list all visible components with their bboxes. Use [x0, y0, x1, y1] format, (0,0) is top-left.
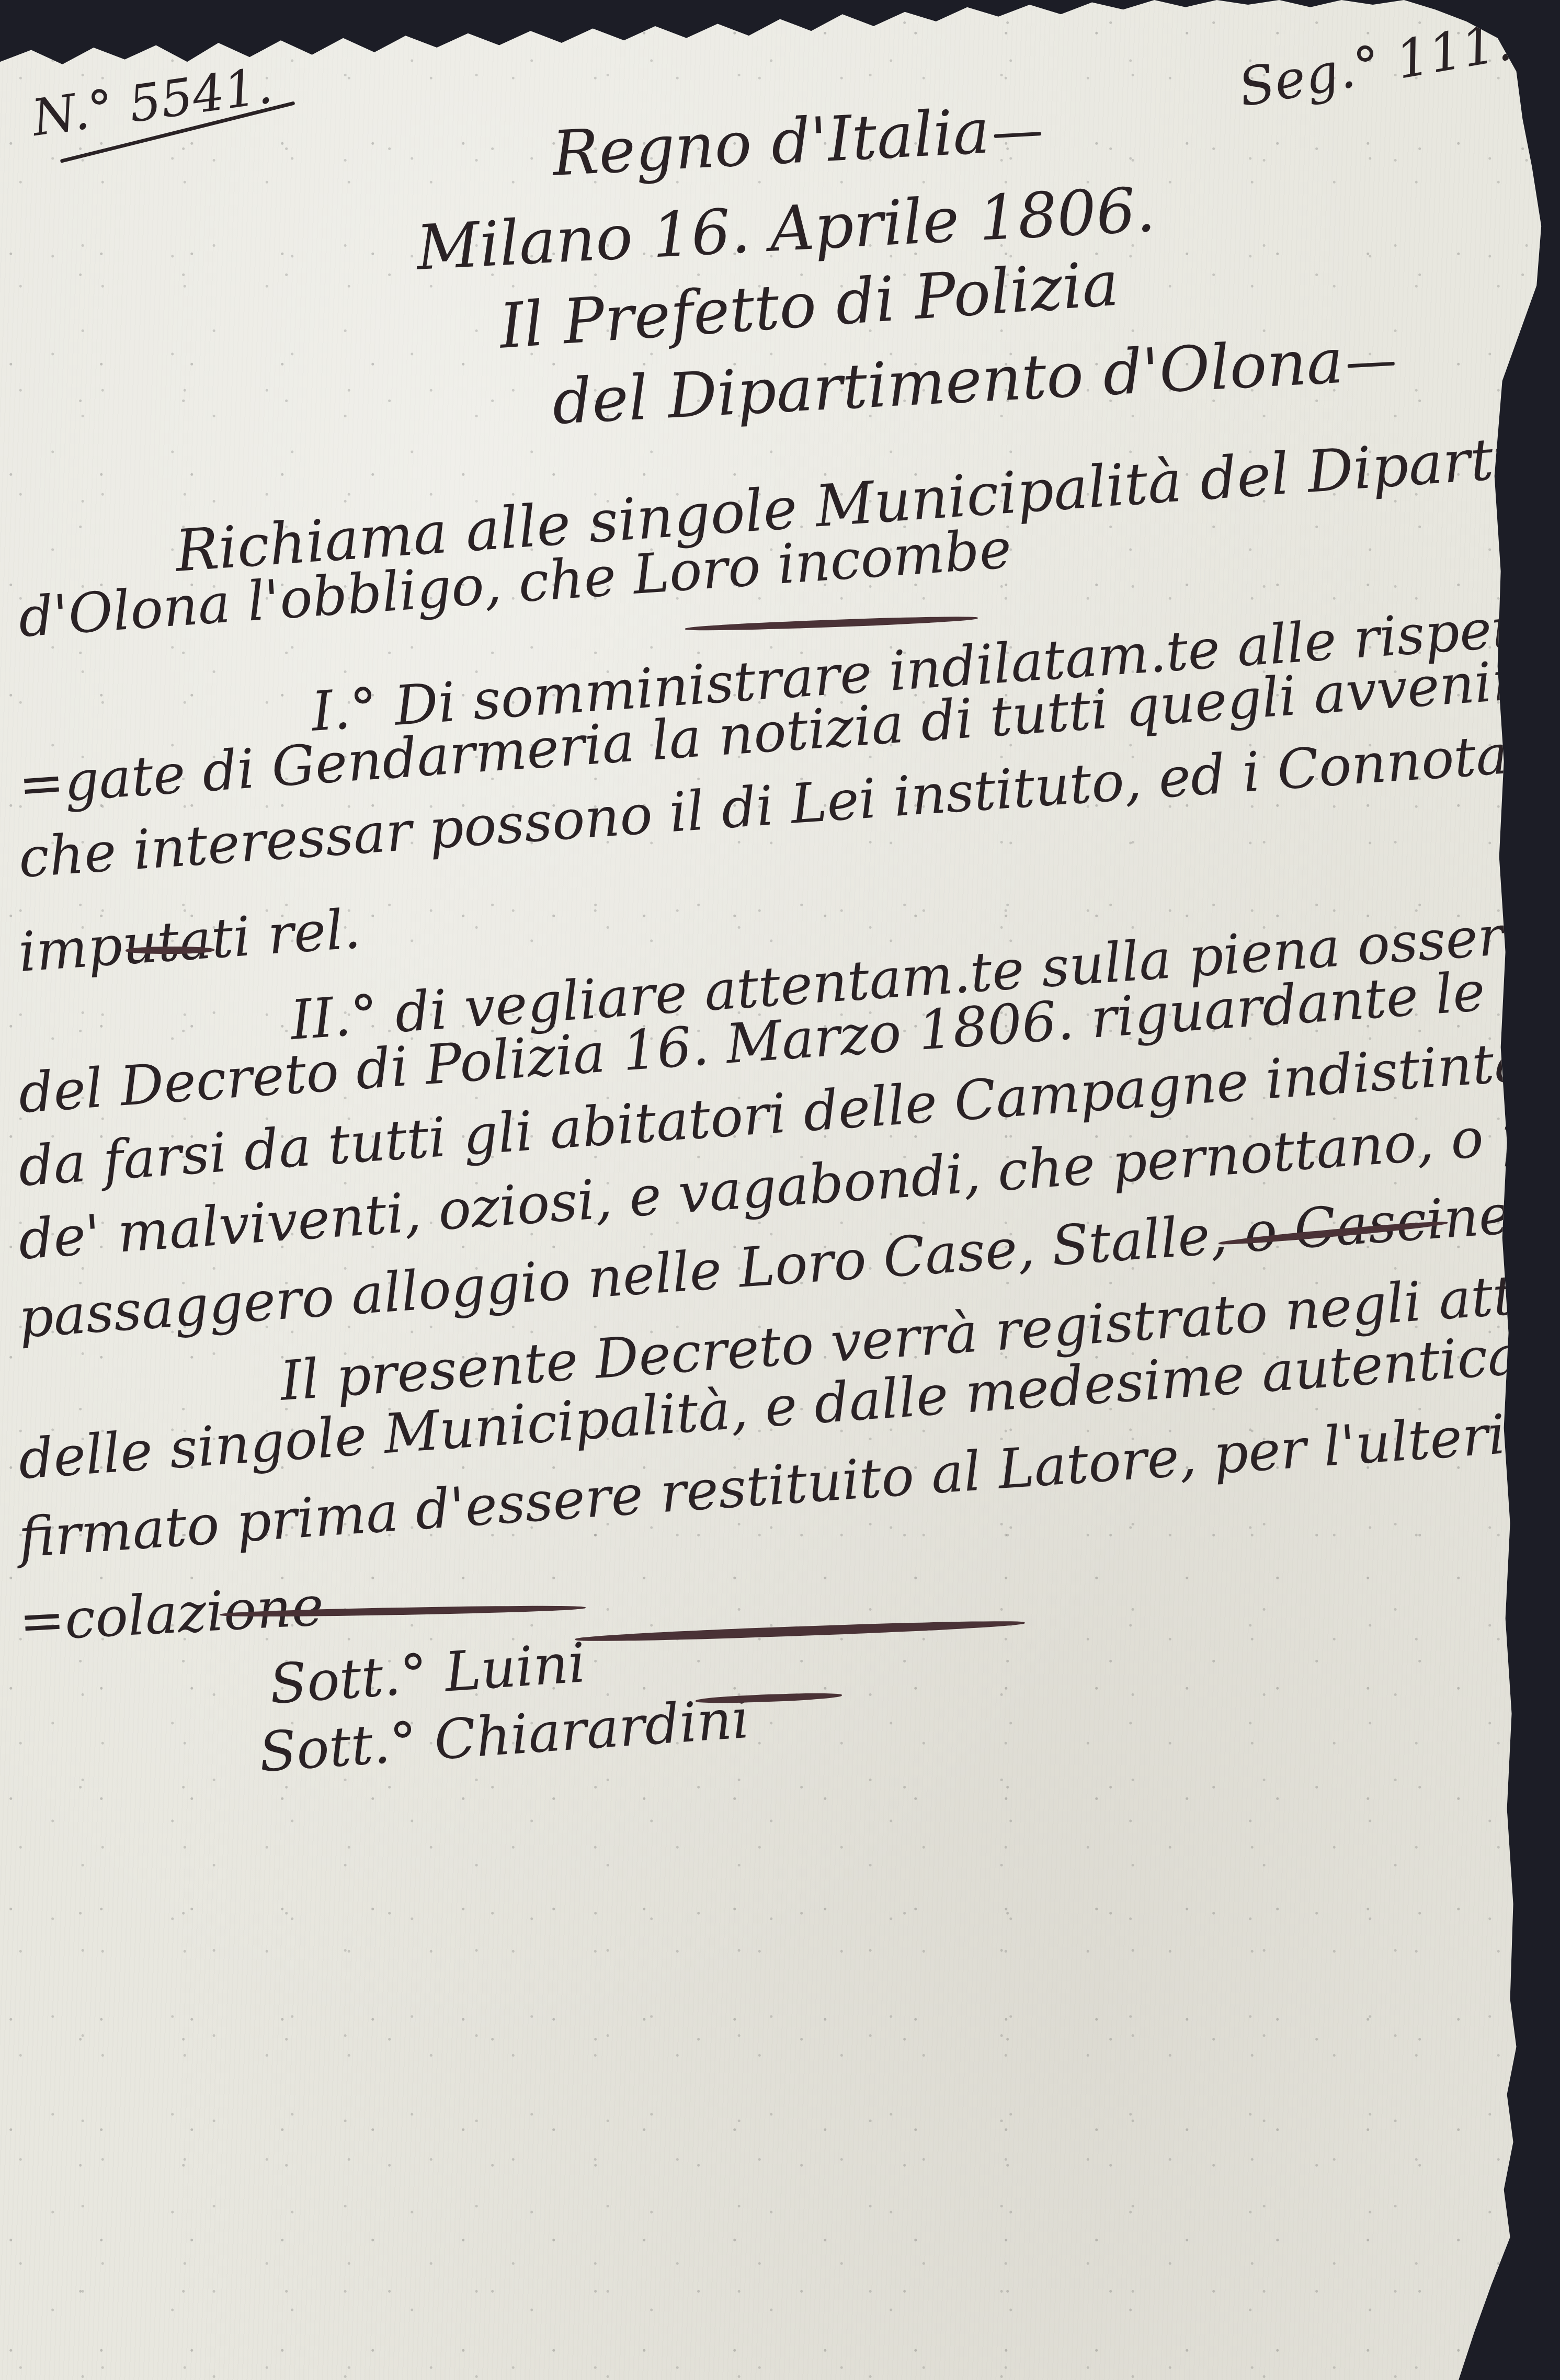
scan-background: N.° 5541. Seg.° 111.° Regno d'Italia Mil…: [0, 0, 1560, 2380]
line-end-flourish: [126, 947, 214, 954]
flourish-dash: [994, 132, 1041, 138]
line-end-flourish: [685, 614, 978, 632]
manuscript-page: N.° 5541. Seg.° 111.° Regno d'Italia Mil…: [0, 0, 1560, 2380]
heading-kingdom: Regno d'Italia: [551, 92, 1043, 190]
heading-kingdom-text: Regno d'Italia: [551, 95, 992, 190]
body-line-6: imputati rel.: [16, 897, 362, 984]
reference-number-left: N.° 5541.: [28, 56, 276, 147]
reference-number-right: Seg.° 111.°: [1234, 6, 1542, 119]
flourish-dash: [1348, 362, 1395, 368]
signature-flourish: [575, 1619, 1025, 1644]
